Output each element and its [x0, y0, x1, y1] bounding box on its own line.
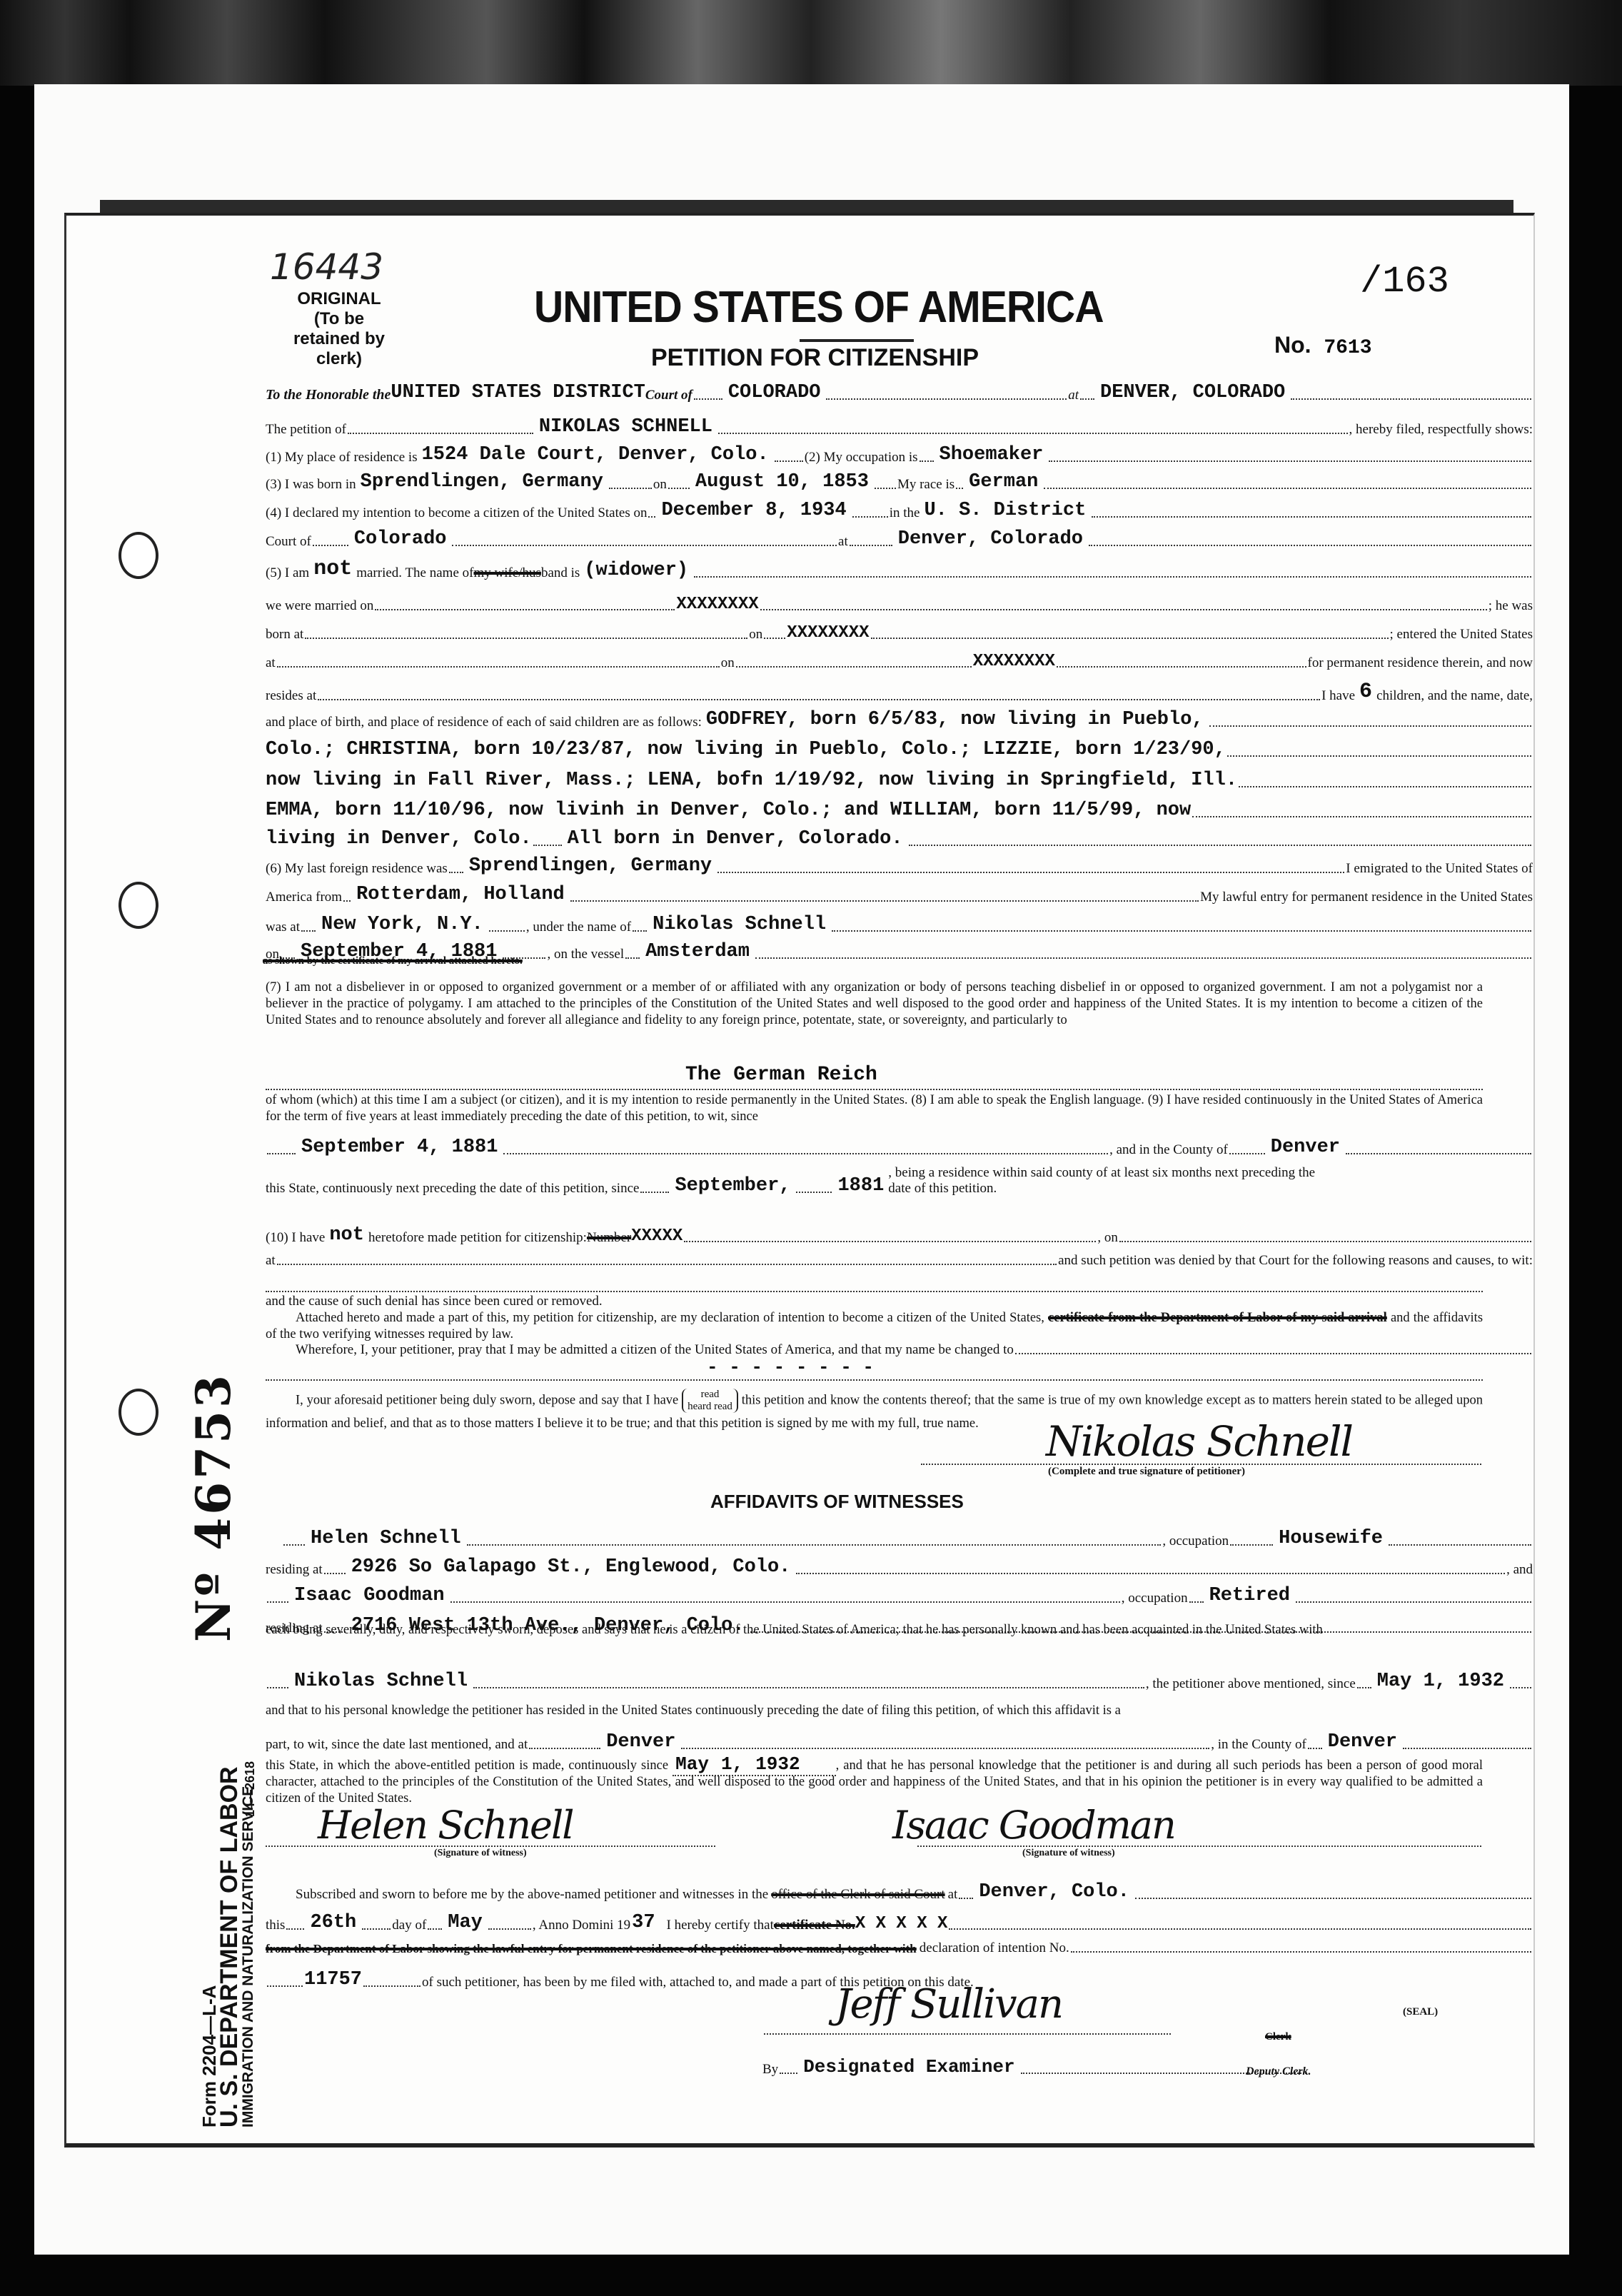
- declaration-court: U. S. District: [920, 500, 1090, 521]
- allegiance-paragraph: (7) I am not a disbeliever in or opposed…: [266, 980, 1483, 1029]
- spouse-born-on-value: XXXXXXXX: [787, 623, 869, 643]
- residence-paragraph: of whom (which) at this time I am a subj…: [266, 1092, 1483, 1125]
- children-count: 6: [1355, 680, 1376, 704]
- declaration-number: 11757: [304, 1969, 362, 1990]
- struck-labor-entry: from the Department of Labor showing the…: [266, 1942, 917, 1956]
- sovereign-line: [266, 1089, 1483, 1090]
- prior-petition-status: not: [325, 1224, 368, 1246]
- witness-2-caption: (Signature of witness): [1022, 1848, 1115, 1859]
- entered-line: at on XXXXXXXX for permanent residence t…: [266, 652, 1533, 671]
- name-change-line: Wherefore, I, your petitioner, pray that…: [266, 1342, 1533, 1358]
- witness-residence-line: part, to wit, since the date last mentio…: [266, 1731, 1533, 1753]
- entry-line: was at New York, N.Y. , under the name o…: [266, 914, 1533, 935]
- last-foreign-value: Sprendlingen, Germany: [465, 855, 716, 877]
- certificate-number: Nº 46753: [186, 1372, 241, 1642]
- married-on-line: we were married on XXXXXXXX ; he was: [266, 595, 1533, 614]
- struck-labor-certificate: certificate from the Department of Labor…: [1048, 1311, 1387, 1325]
- examiner-title: Designated Examiner: [799, 2056, 1019, 2078]
- children-birthplace-note: All born in Denver, Colorado.: [563, 828, 907, 850]
- children-line-0: and place of birth, and place of residen…: [266, 709, 1533, 730]
- denial-cured-text: and the cause of such denial has since b…: [266, 1294, 603, 1309]
- struck-spouse-word: my wife/hus: [473, 565, 540, 581]
- scanner-background: [0, 0, 1622, 86]
- denial-reason-line: [266, 1291, 1483, 1292]
- court-location: DENVER, COLORADO: [1096, 382, 1289, 403]
- examiner-signature: Jeff Sullivan: [835, 1981, 1062, 2028]
- page-title: UNITED STATES OF AMERICA: [534, 282, 1104, 333]
- struck-clerk-office: office of the Clerk of said Court: [771, 1887, 945, 1903]
- resided-since-line: September 4, 1881 , and in the County of…: [266, 1137, 1533, 1158]
- struck-clerk-label: Clerk: [1265, 2031, 1291, 2043]
- declaration-court-line: Court of Colorado at Denver, Colorado: [266, 528, 1533, 550]
- witness-sworn-text: each being severally, duly, and respecti…: [266, 1622, 1483, 1638]
- seal-label: (SEAL): [1403, 2006, 1438, 2018]
- court-of-value: COLORADO: [724, 382, 825, 403]
- copy-label: ORIGINAL: [282, 289, 396, 309]
- marital-line: (5) I am not married. The name of my wif…: [266, 557, 1533, 581]
- petitioner-line: The petition of NIKOLAS SCHNELL , hereby…: [266, 416, 1533, 438]
- witness-2-signature-line: [917, 1846, 1481, 1847]
- child-entry: GODFREY, born 6/5/83, now living in Pueb…: [702, 709, 1208, 730]
- state-since-year: 1881: [833, 1175, 888, 1197]
- attached-paragraph: Attached hereto and made a part of this,…: [266, 1310, 1483, 1343]
- children-line-1: Colo.; CHRISTINA, born 10/23/87, now liv…: [266, 739, 1533, 760]
- emigrated-line: America from Rotterdam, Holland My lawfu…: [266, 884, 1533, 905]
- child-entry: living in Denver, Colo.: [266, 828, 532, 850]
- service-name: IMMIGRATION AND NATURALIZATION SERVICE: [240, 1786, 257, 2128]
- jurat-line: Subscribed and sworn to before me by the…: [266, 1881, 1533, 1903]
- declaration-intent-line: from the Department of Labor showing the…: [266, 1940, 1533, 1956]
- name-change-rule: [266, 1379, 1483, 1381]
- married-on-value: XXXXXXXX: [676, 595, 758, 614]
- children-line-3: EMMA, born 11/10/96, now livinh in Denve…: [266, 800, 1533, 821]
- file-number-handwritten: 16443: [270, 246, 383, 288]
- entry-name: Nikolas Schnell: [648, 914, 830, 935]
- petition-number: No. 7613: [1274, 332, 1372, 359]
- title-divider: [800, 339, 914, 342]
- witness-1-signature: Helen Schnell: [318, 1803, 573, 1848]
- race-value: German: [964, 471, 1042, 493]
- prior-petition-number: XXXXX: [631, 1227, 682, 1246]
- child-entry: EMMA, born 11/10/96, now livinh in Denve…: [266, 800, 1191, 821]
- page-subtitle: PETITION FOR CITIZENSHIP: [651, 344, 979, 372]
- emigrated-from-value: Rotterdam, Holland: [352, 884, 569, 905]
- jurat-place: Denver, Colo.: [974, 1881, 1134, 1903]
- last-foreign-line: (6) My last foreign residence was Sprend…: [266, 855, 1533, 877]
- witness-petitioner-name: Nikolas Schnell: [290, 1671, 472, 1692]
- witness-known-since: May 1, 1932: [1373, 1671, 1508, 1692]
- entry-port: New York, N.Y.: [317, 914, 488, 935]
- state-since-line: this State, continuously next preceding …: [266, 1165, 1533, 1197]
- witness-1-name: Helen Schnell: [306, 1528, 465, 1549]
- children-line-2: now living in Fall River, Mass.; LENA, b…: [266, 770, 1533, 791]
- children-count-line: resides at I have 6 children, and the na…: [266, 680, 1533, 704]
- child-entry: Colo.; CHRISTINA, born 10/23/87, now liv…: [266, 739, 1226, 760]
- witness-2-line: Isaac Goodman , occupation Retired: [266, 1585, 1533, 1606]
- prior-petition-line: (10) I have not heretofore made petition…: [266, 1224, 1533, 1246]
- witness-1-caption: (Signature of witness): [434, 1848, 527, 1859]
- witness-1-line: Helen Schnell , occupation Housewife: [282, 1528, 1533, 1549]
- option-read: read: [687, 1389, 732, 1401]
- residence-line: (1) My place of residence is 1524 Dale C…: [266, 444, 1533, 465]
- entered-on-value: XXXXXXXX: [973, 652, 1055, 671]
- page-mark-handwritten: /163: [1360, 261, 1449, 303]
- court-type: UNITED STATES DISTRICT: [391, 382, 645, 403]
- struck-arrival-certificate: as shown by the certificate of my arriva…: [263, 955, 523, 967]
- witness-2-occupation: Retired: [1205, 1585, 1294, 1606]
- examiner-signature-line: [764, 2033, 1171, 2035]
- declaration-line: (4) I declared my intention to become a …: [266, 500, 1533, 521]
- declaration-place: Denver, Colorado: [894, 528, 1087, 550]
- jurat-date-line: this 26th day of May , Anno Domini 19 37…: [266, 1912, 1533, 1933]
- witness-resided-at: Denver: [602, 1731, 680, 1753]
- petitioner-name: NIKOLAS SCHNELL: [535, 416, 717, 438]
- certify-x-marks: X X X X X: [855, 1914, 948, 1933]
- vessel-name: Amsterdam: [641, 941, 754, 962]
- witness-state-since: May 1, 1932: [673, 1753, 836, 1776]
- child-entry: now living in Fall River, Mass.; LENA, b…: [266, 770, 1237, 791]
- jurat-day: 26th: [306, 1912, 361, 1933]
- state-since-month: September,: [670, 1175, 795, 1197]
- spouse-name: (widower): [580, 560, 692, 581]
- petitioner-signature-caption: (Complete and true signature of petition…: [1048, 1466, 1245, 1478]
- birth-line: (3) I was born in Sprendlingen, Germany …: [266, 471, 1533, 493]
- petitioner-signature-line: [921, 1464, 1481, 1465]
- declaration-date: December 8, 1934: [657, 500, 850, 521]
- birthplace-value: Sprendlingen, Germany: [356, 471, 608, 493]
- residence-value: 1524 Dale Court, Denver, Colo.: [418, 444, 773, 465]
- court-line: To the Honorable the UNITED STATES DISTR…: [266, 382, 1533, 403]
- renounced-sovereign: The German Reich: [685, 1064, 877, 1086]
- children-line-4: living in Denver, Colo. All born in Denv…: [266, 828, 1533, 850]
- witness-character-paragraph: this State, in which the above-entitled …: [266, 1756, 1483, 1807]
- examiner-line: By Designated Examiner: [762, 2056, 1308, 2078]
- punch-hole-icon: [119, 882, 158, 929]
- witness-1-occupation: Housewife: [1274, 1528, 1387, 1549]
- spouse-born-line: born at on XXXXXXXX ; entered the United…: [266, 623, 1533, 643]
- punch-hole-icon: [119, 1389, 158, 1436]
- witness-knowledge-text: and that to his personal knowledge the p…: [266, 1703, 1483, 1719]
- witness-1-signature-line: [266, 1846, 715, 1847]
- copy-note: (To be retained by clerk): [282, 309, 396, 369]
- jurat-year: 37: [630, 1912, 656, 1933]
- birthdate-value: August 10, 1853: [691, 471, 873, 493]
- resided-since-value: September 4, 1881: [297, 1137, 502, 1158]
- name-change-value: - - - - - - - -: [707, 1356, 874, 1378]
- punch-hole-icon: [119, 532, 158, 579]
- copy-label-block: ORIGINAL (To be retained by clerk): [282, 289, 396, 369]
- petitioner-signature: Nikolas Schnell: [1046, 1417, 1352, 1466]
- witness-1-address: 2926 So Galapago St., Englewood, Colo.: [347, 1556, 795, 1578]
- prior-petition-denied-line: at and such petition was denied by that …: [266, 1253, 1533, 1269]
- declaration-court-state: Colorado: [350, 528, 451, 550]
- option-heard-read: heard read: [687, 1401, 732, 1413]
- jurat-month: May: [443, 1912, 487, 1933]
- witness-county: Denver: [1324, 1731, 1401, 1753]
- occupation-value: Shoemaker: [935, 444, 1048, 465]
- marital-status: not: [309, 557, 356, 581]
- read-option-brace: read heard read: [682, 1389, 738, 1413]
- witnesses-heading: AFFIDAVITS OF WITNESSES: [710, 1491, 964, 1513]
- witness-1-address-line: residing at 2926 So Galapago St., Englew…: [266, 1556, 1533, 1578]
- county-value: Denver: [1266, 1137, 1344, 1158]
- witness-2-name: Isaac Goodman: [290, 1585, 449, 1606]
- witness-2-signature: Isaac Goodman: [892, 1803, 1175, 1848]
- witness-known-line: Nikolas Schnell , the petitioner above m…: [266, 1671, 1533, 1692]
- deputy-clerk-label: Deputy Clerk.: [1246, 2065, 1311, 2078]
